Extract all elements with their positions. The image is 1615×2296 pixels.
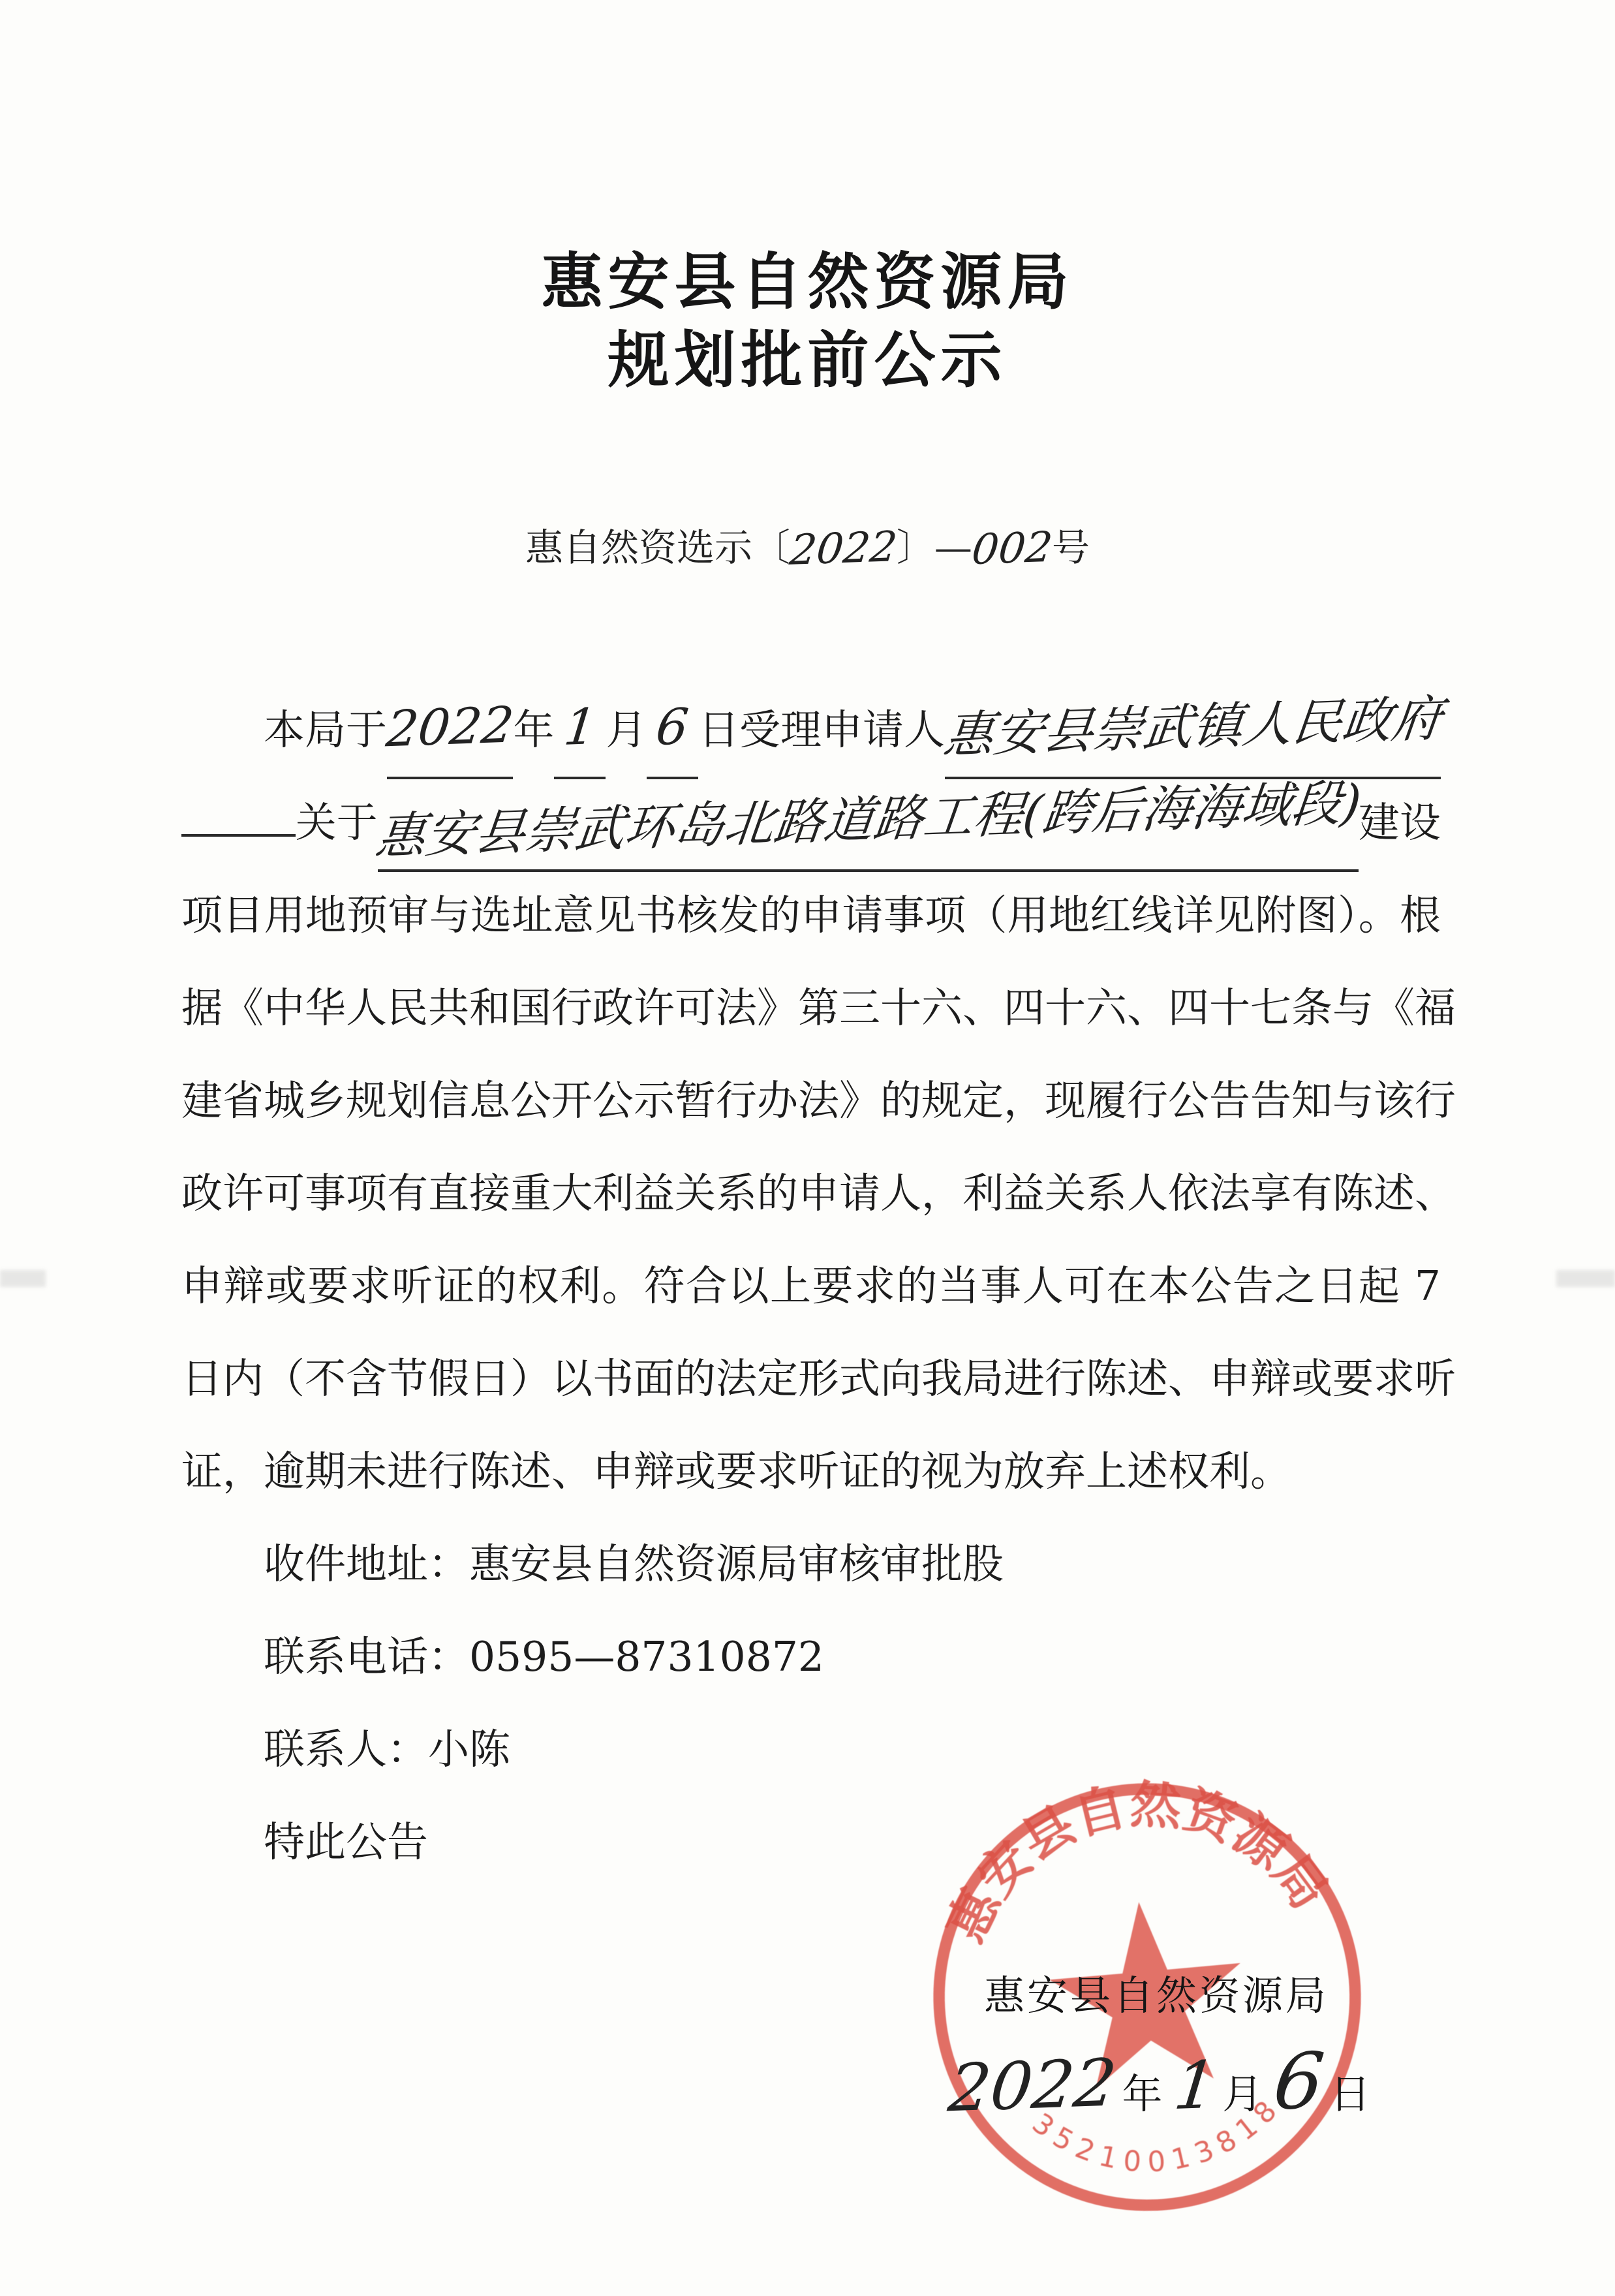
body-line-3: 项目用地预审与选址意见书核发的申请事项（用地红线详见附图）。根 (181, 869, 1441, 962)
docno-number-handwritten: 002 (970, 527, 1054, 571)
sig-day-handwritten: 6 (1270, 2042, 1328, 2121)
title-line2: 规划批前公示 (0, 321, 1615, 399)
l1-month-label: 月 (606, 684, 647, 777)
sig-year-label: 年 (1122, 2062, 1163, 2120)
sig-year-handwritten: 2022 (946, 2051, 1119, 2122)
l1-applicant-underline: 惠安县崇武镇人民政府 (945, 684, 1441, 779)
body-line-8: 日内（不含节假日）以书面的法定形式向我局进行陈述、申辩或要求听 (181, 1333, 1441, 1425)
l2-blank-underline (181, 834, 296, 837)
l1-day-label: 日受理申请人 (698, 684, 945, 777)
contact-phone: 联系电话：0595—87310872 (181, 1611, 1441, 1703)
docno-close: 〕— (897, 525, 972, 570)
body-line-4: 据《中华人民共和国行政许可法》第三十六、四十六、四十七条与《福 (181, 962, 1441, 1055)
l1-month-underline: 1 (554, 684, 606, 779)
l2-project-handwritten: 惠安县崇武环岛北路道路工程(跨后海海域段) (373, 778, 1363, 861)
l2-about: 关于 (296, 777, 378, 869)
scan-artifact-left (0, 1270, 46, 1287)
sig-day-label: 日 (1330, 2062, 1370, 2120)
body-line-9: 证，逾期未进行陈述、申辩或要求听证的视为放弃上述权利。 (181, 1425, 1441, 1518)
title-line1: 惠安县自然资源局 (0, 243, 1615, 321)
notice-page: 惠安县自然资源局 规划批前公示 惠自然资选示〔2022〕—002号 本局于 20… (0, 0, 1615, 2296)
sig-month-label: 月 (1222, 2062, 1263, 2120)
body-line-1: 本局于 2022 年 1 月 6 日受理申请人 惠安县崇武镇人民政府 (181, 684, 1441, 777)
l1-year-label: 年 (513, 684, 554, 777)
docno-suffix: 号 (1052, 525, 1090, 570)
contact-address: 收件地址：惠安县自然资源局审核审批股 (181, 1518, 1441, 1611)
page-title: 惠安县自然资源局 规划批前公示 (0, 243, 1615, 399)
body-text: 本局于 2022 年 1 月 6 日受理申请人 惠安县崇武镇人民政府 关于 惠安… (181, 684, 1441, 1889)
body-line-6: 政许可事项有直接重大利益关系的申请人，利益关系人依法享有陈述、 (181, 1147, 1441, 1240)
docno-year-handwritten: 2022 (788, 526, 899, 572)
docno-prefix: 惠自然资选示〔 (525, 525, 790, 570)
l1-month-handwritten: 1 (562, 702, 599, 752)
l1-applicant-handwritten: 惠安县崇武镇人民政府 (941, 694, 1444, 760)
l1-day-underline: 6 (647, 684, 698, 779)
l1-day-handwritten: 6 (654, 702, 691, 752)
body-line-2: 关于 惠安县崇武环岛北路道路工程(跨后海海域段) 建设 (181, 777, 1441, 869)
l2-tail: 建设 (1359, 777, 1441, 869)
scan-artifact-right (1556, 1270, 1615, 1287)
l2-project-underline: 惠安县崇武环岛北路道路工程(跨后海海域段) (378, 777, 1359, 872)
l1-pre: 本局于 (264, 684, 387, 777)
body-line-5: 建省城乡规划信息公开公示暂行办法》的规定，现履行公告告知与该行 (181, 1055, 1441, 1147)
sig-month-handwritten: 1 (1171, 2053, 1219, 2119)
l1-year-underline: 2022 (387, 684, 513, 779)
document-number: 惠自然资选示〔2022〕—002号 (0, 517, 1615, 572)
l1-year-handwritten: 2022 (384, 700, 516, 754)
signature-org: 惠安县自然资源局 (984, 1963, 1329, 2021)
signature-date: 2022 年 1 月 6 日 (949, 2043, 1382, 2120)
body-line-7: 申辩或要求听证的权利。符合以上要求的当事人可在本公告之日起 7 (181, 1240, 1441, 1333)
